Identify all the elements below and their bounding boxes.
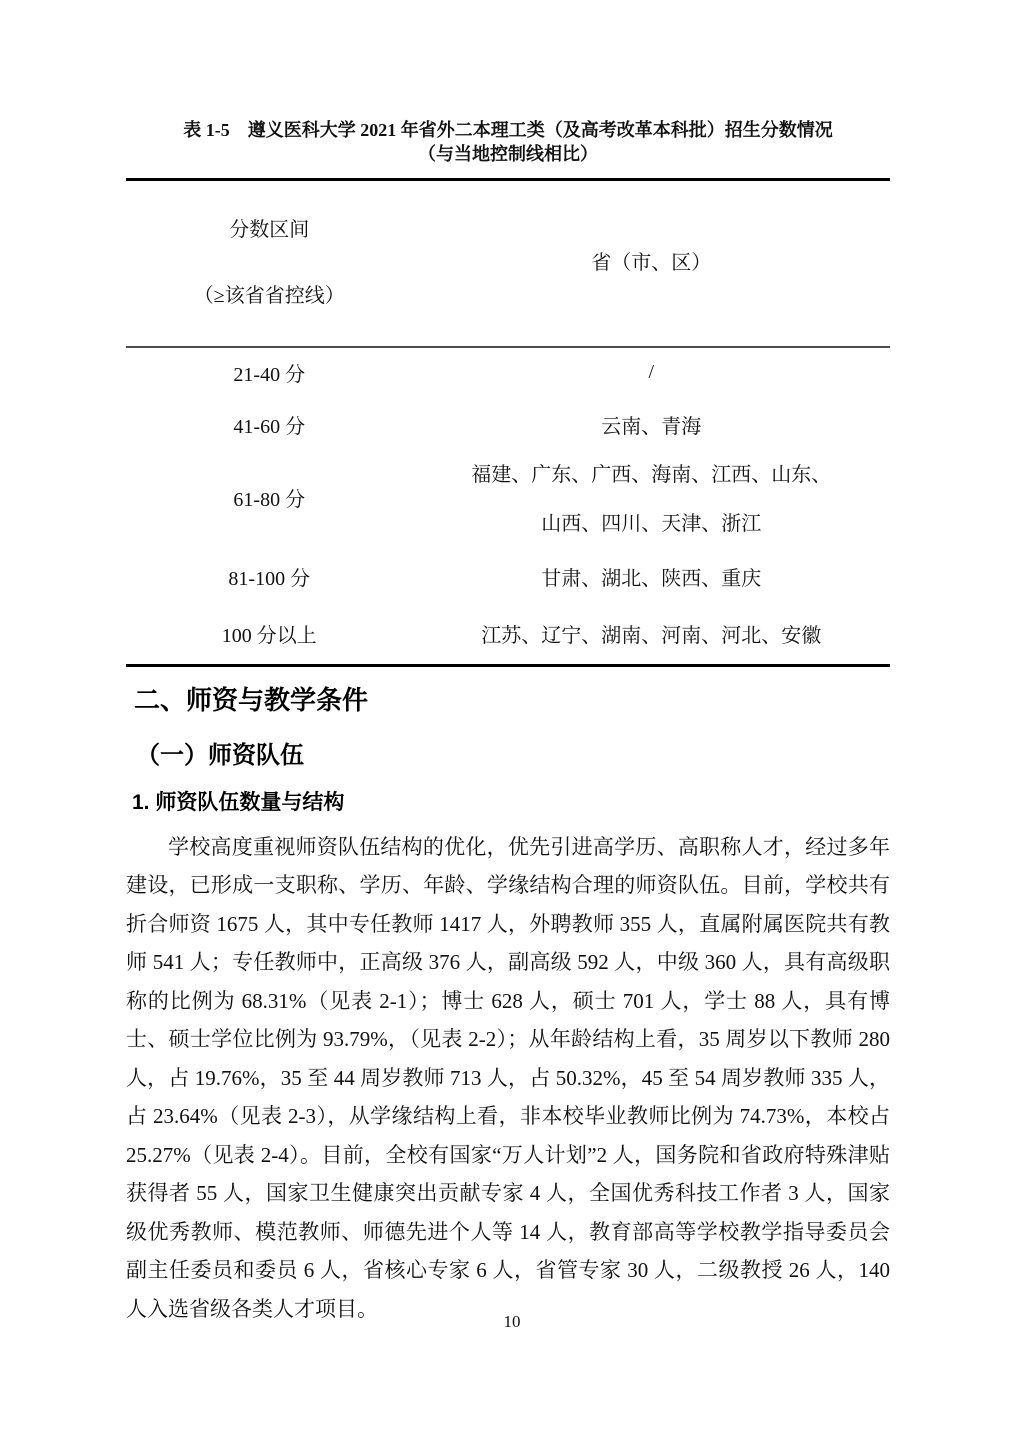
provinces-cell: 福建、广东、广西、海南、江西、山东、 山西、四川、天津、浙江 [413, 451, 891, 549]
col-header-score-range: 分数区间 （≥该省省控线） [126, 180, 413, 348]
table-caption-line1: 表 1-5 遵义医科大学 2021 年省外二本理工类（及高考改革本科批）招生分数… [126, 118, 890, 142]
page-content: 表 1-5 遵义医科大学 2021 年省外二本理工类（及高考改革本科批）招生分数… [126, 118, 890, 1328]
body-paragraph: 学校高度重视师资队伍结构的优化，优先引进高学历、高职称人才，经过多年建设，已形成… [126, 828, 890, 1329]
table-row: 41-60 分 云南、青海 [126, 397, 890, 451]
score-range-cell: 41-60 分 [126, 397, 413, 451]
section-heading: 二、师资与教学条件 [134, 685, 890, 716]
table-row: 100 分以上 江苏、辽宁、湖南、河南、河北、安徽 [126, 603, 890, 665]
score-range-cell: 61-80 分 [126, 451, 413, 549]
subsection-heading: （一）师资队伍 [136, 742, 890, 771]
table-row: 21-40 分 / [126, 347, 890, 397]
score-table: 分数区间 （≥该省省控线） 省（市、区） 21-40 分 / 41-60 分 云… [126, 178, 890, 667]
table-caption: 表 1-5 遵义医科大学 2021 年省外二本理工类（及高考改革本科批）招生分数… [126, 118, 890, 166]
table-row: 61-80 分 福建、广东、广西、海南、江西、山东、 山西、四川、天津、浙江 [126, 451, 890, 549]
col-header-province: 省（市、区） [413, 180, 891, 348]
score-range-cell: 21-40 分 [126, 347, 413, 397]
score-range-cell: 81-100 分 [126, 549, 413, 603]
subsubsection-heading: 1. 师资队伍数量与结构 [132, 790, 890, 815]
score-range-cell: 100 分以上 [126, 603, 413, 665]
provinces-cell: / [413, 347, 891, 397]
provinces-cell: 云南、青海 [413, 397, 891, 451]
table-header-row: 分数区间 （≥该省省控线） 省（市、区） [126, 180, 890, 348]
provinces-cell: 甘肃、湖北、陕西、重庆 [413, 549, 891, 603]
col-header-score-range-line2: （≥该省省控线） [126, 280, 413, 313]
table-caption-line2: （与当地控制线相比） [126, 142, 890, 166]
document-page: 表 1-5 遵义医科大学 2021 年省外二本理工类（及高考改革本科批）招生分数… [0, 0, 1024, 1448]
col-header-score-range-line1: 分数区间 [126, 214, 413, 247]
table-row: 81-100 分 甘肃、湖北、陕西、重庆 [126, 549, 890, 603]
provinces-cell: 江苏、辽宁、湖南、河南、河北、安徽 [413, 603, 891, 665]
page-number: 10 [0, 1312, 1024, 1332]
